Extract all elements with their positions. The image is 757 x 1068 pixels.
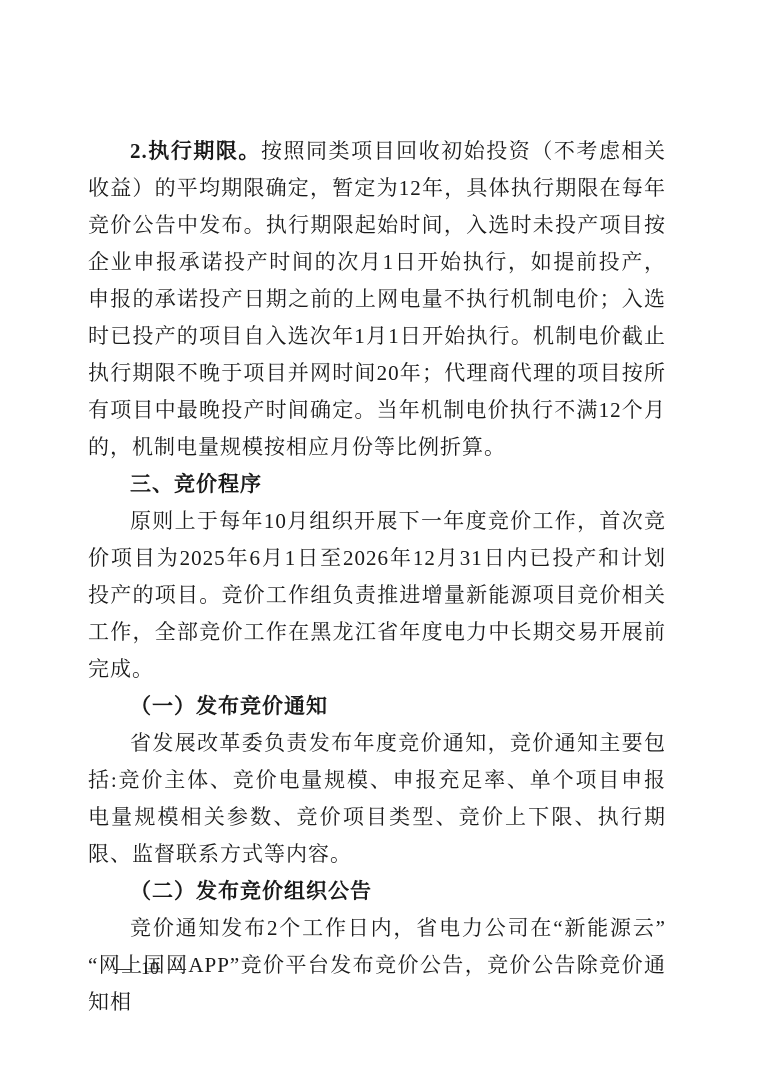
document-page: 2.执行期限。按照同类项目回收初始投资（不考虑相关收益）的平均期限确定，暂定为1… — [0, 0, 757, 1068]
footer-dash-right: — — [168, 957, 186, 979]
body-paragraph: 2.执行期限。按照同类项目回收初始投资（不考虑相关收益）的平均期限确定，暂定为1… — [88, 133, 666, 466]
subsection-heading: （一）发布竞价通知 — [88, 688, 666, 725]
body-paragraph: 省发展改革委负责发布年度竞价通知，竞价通知主要包括:竞价主体、竞价电量规模、申报… — [88, 725, 666, 873]
page-footer: — 10 — — [114, 957, 186, 979]
footer-dash-left: — — [114, 957, 132, 979]
section-heading: 三、竞价程序 — [88, 466, 666, 503]
body-paragraph: 原则上于每年10月组织开展下一年度竞价工作，首次竞价项目为2025年6月1日至2… — [88, 503, 666, 688]
document-body: 2.执行期限。按照同类项目回收初始投资（不考虑相关收益）的平均期限确定，暂定为1… — [88, 133, 666, 1021]
subsection-heading: （二）发布竞价组织公告 — [88, 873, 666, 910]
paragraph-lead-bold: 2.执行期限。 — [130, 139, 261, 163]
footer-page-number: 10 — [141, 957, 159, 979]
